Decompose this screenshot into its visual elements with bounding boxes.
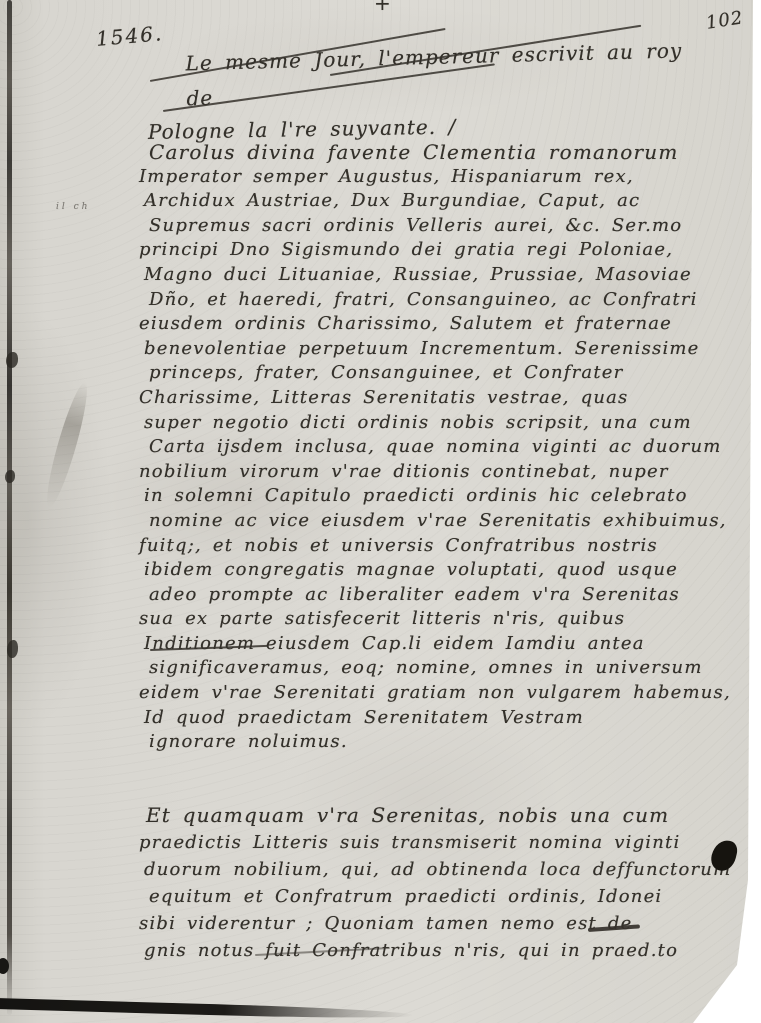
- manuscript-page: + 1546. 102 il ch Le mesme Jour, l'emper…: [0, 0, 761, 1023]
- text-line: praedictis Litteris suis transmiserit no…: [136, 829, 750, 856]
- latin-paragraph-1: Carolus divina favente Clementia romanor…: [136, 140, 750, 755]
- text-line: nomine ac vice eiusdem v'rae Serenitatis…: [136, 509, 750, 534]
- text-line: ignorare noluimus.: [136, 730, 750, 755]
- text-line: Et quamquam v'ra Serenitas, nobis una cu…: [136, 802, 750, 829]
- manuscript-scan: + 1546. 102 il ch Le mesme Jour, l'emper…: [0, 0, 761, 1023]
- text-line: eiusdem ordinis Charissimo, Salutem et f…: [136, 312, 750, 337]
- text-line: Id quod praedictam Serenitatem Vestram: [136, 706, 750, 731]
- text-line: in solemni Capitulo praedicti ordinis hi…: [136, 484, 750, 509]
- book-bottom-edge-shadow: [0, 998, 414, 1021]
- text-line: Imperator semper Augustus, Hispaniarum r…: [136, 165, 750, 190]
- text-line: sibi viderentur ; Quoniam tamen nemo est…: [136, 910, 750, 937]
- ink-smudge: [5, 470, 15, 483]
- text-line: Carta ijsdem inclusa, quae nomina vigint…: [136, 435, 750, 460]
- ink-smudge: [6, 352, 18, 368]
- text-line: adeo prompte ac liberaliter eadem v'ra S…: [136, 583, 750, 608]
- text-line: princeps, frater, Consanguinee, et Confr…: [136, 361, 750, 386]
- text-line: Charissime, Litteras Serenitatis vestrae…: [136, 386, 750, 411]
- text-line: fuitq;, et nobis et universis Confratrib…: [136, 534, 750, 559]
- text-line: Dño, et haeredi, fratri, Consanguineo, a…: [136, 288, 750, 313]
- margin-note: il ch: [56, 202, 90, 212]
- text-line: Inditionem eiusdem Cap.li eidem Iamdiu a…: [136, 632, 750, 657]
- binding-edge-shadow: [7, 0, 12, 1015]
- text-line: principi Dno Sigismundo dei gratia regi …: [136, 238, 750, 263]
- text-line: benevolentiae perpetuum Incrementum. Ser…: [136, 337, 750, 362]
- text-line: eidem v'rae Serenitati gratiam non vulga…: [136, 681, 750, 706]
- heading-line-1: Le mesme Jour, l'empereur escrivit au ro…: [147, 33, 709, 118]
- text-line: gnis notus fuit Confratribus n'ris, qui …: [136, 937, 750, 964]
- text-line: duorum nobilium, qui, ad obtinenda loca …: [136, 856, 750, 883]
- top-edge-mark: +: [374, 0, 391, 15]
- text-line: Supremus sacri ordinis Velleris aurei, &…: [136, 214, 750, 239]
- french-heading: Le mesme Jour, l'empereur escrivit au ro…: [148, 40, 708, 145]
- text-line: Carolus divina favente Clementia romanor…: [136, 140, 750, 165]
- latin-paragraph-2: Et quamquam v'ra Serenitas, nobis una cu…: [136, 802, 750, 964]
- text-line: super negotio dicti ordinis nobis scrips…: [136, 411, 750, 436]
- folio-number: 102: [705, 7, 745, 34]
- text-line: significaveramus, eoq; nomine, omnes in …: [136, 656, 750, 681]
- text-line: equitum et Confratrum praedicti ordinis,…: [136, 883, 750, 910]
- paper-stain: [40, 380, 93, 510]
- text-line: ibidem congregatis magnae voluptati, quo…: [136, 558, 750, 583]
- text-line: Magno duci Lituaniae, Russiae, Prussiae,…: [136, 263, 750, 288]
- ink-smudge: [7, 640, 18, 658]
- text-line: sua ex parte satisfecerit litteris n'ris…: [136, 607, 750, 632]
- text-line: nobilium virorum v'rae ditionis contineb…: [136, 460, 750, 485]
- text-line: Archidux Austriae, Dux Burgundiae, Caput…: [136, 189, 750, 214]
